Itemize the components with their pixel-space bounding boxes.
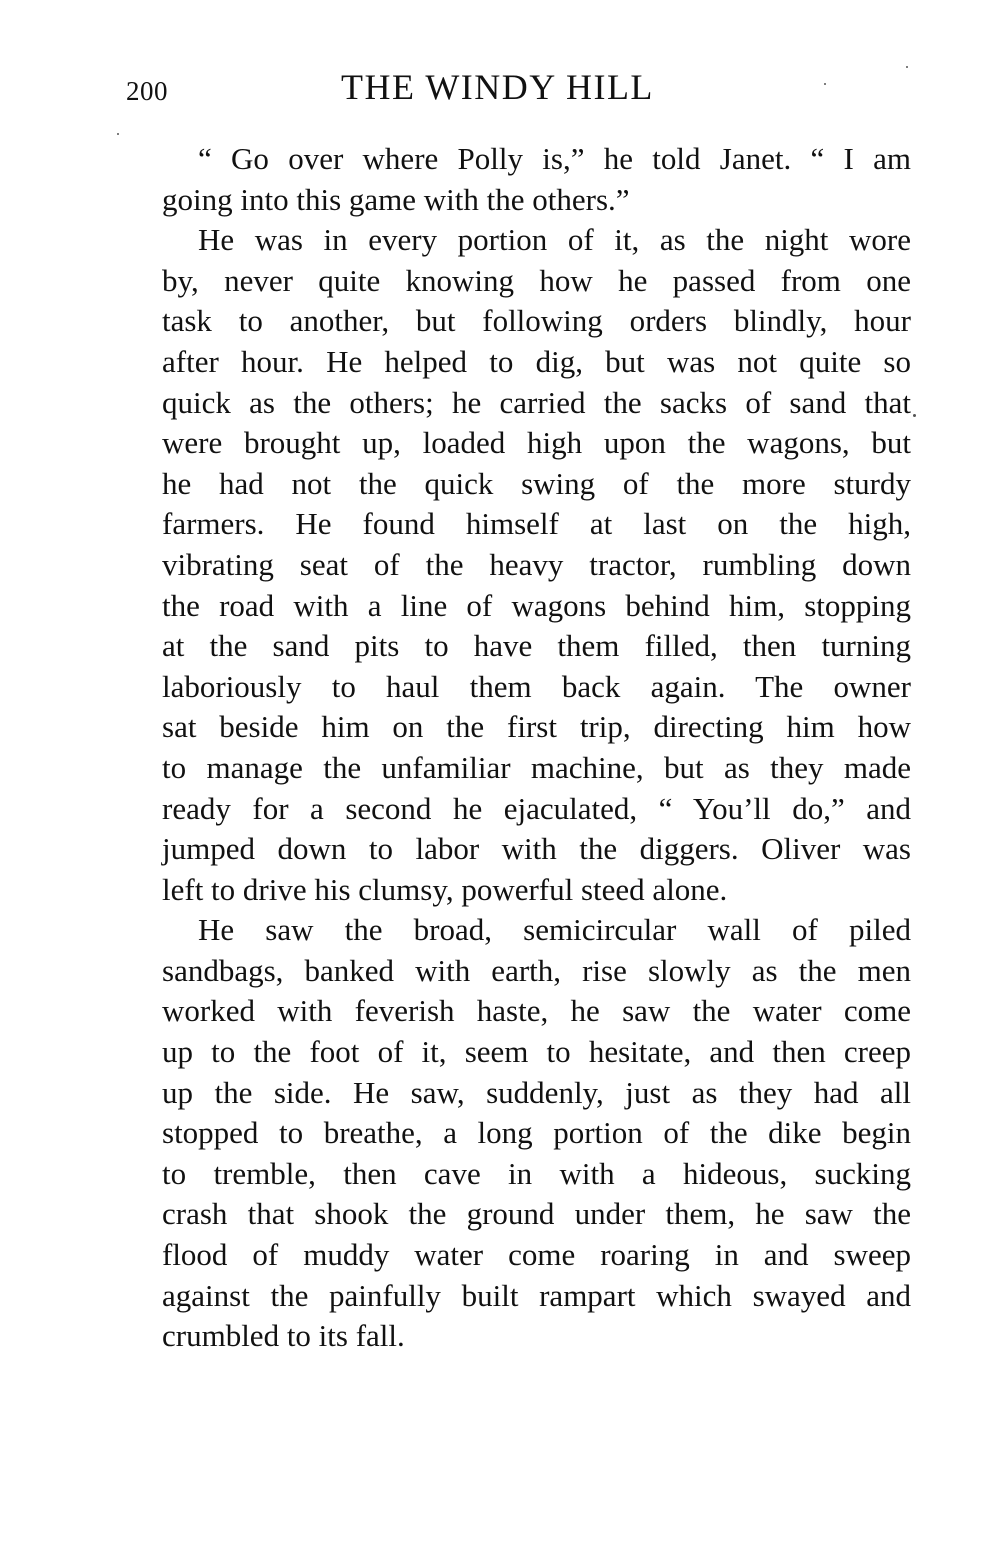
text-line: He was in every portion of it, as the ni… bbox=[126, 220, 911, 261]
text-line: left to drive his clumsy, powerful steed… bbox=[126, 870, 911, 911]
text-line: he had not the quick swing of the more s… bbox=[126, 464, 911, 505]
body-text: “ Go over where Polly is,” he told Janet… bbox=[126, 139, 911, 1357]
scan-speck bbox=[913, 414, 916, 417]
text-line: farmers. He found himself at last on the… bbox=[126, 504, 911, 545]
text-line: flood of muddy water come roaring in and… bbox=[126, 1235, 911, 1276]
paragraph-3: He saw the broad, semicircular wall of p… bbox=[126, 910, 911, 1357]
text-line: up the side. He saw, suddenly, just as t… bbox=[126, 1073, 911, 1114]
text-line: He saw the broad, semicircular wall of p… bbox=[126, 910, 911, 951]
text-line: laboriously to haul them back again. The… bbox=[126, 667, 911, 708]
text-line: by, never quite knowing how he passed fr… bbox=[126, 261, 911, 302]
scan-speck bbox=[906, 66, 908, 68]
running-head: 200 THE WINDY HILL bbox=[126, 62, 911, 106]
text-line: against the painfully built rampart whic… bbox=[126, 1276, 911, 1317]
text-line: vibrating seat of the heavy tractor, rum… bbox=[126, 545, 911, 586]
paragraph-1: “ Go over where Polly is,” he told Janet… bbox=[126, 139, 911, 220]
text-line: after hour. He helped to dig, but was no… bbox=[126, 342, 911, 383]
text-line: sat beside him on the first trip, direct… bbox=[126, 707, 911, 748]
text-line: at the sand pits to have them filled, th… bbox=[126, 626, 911, 667]
scan-speck bbox=[117, 133, 119, 135]
text-line: task to another, but following orders bl… bbox=[126, 301, 911, 342]
text-line: up to the foot of it, seem to hesitate, … bbox=[126, 1032, 911, 1073]
text-line: the road with a line of wagons behind hi… bbox=[126, 586, 911, 627]
text-line: going into this game with the others.” bbox=[126, 180, 911, 221]
paragraph-2: He was in every portion of it, as the ni… bbox=[126, 220, 911, 910]
text-line: crash that shook the ground under them, … bbox=[126, 1194, 911, 1235]
text-line: “ Go over where Polly is,” he told Janet… bbox=[126, 139, 911, 180]
text-line: were brought up, loaded high upon the wa… bbox=[126, 423, 911, 464]
text-line: quick as the others; he carried the sack… bbox=[126, 383, 911, 424]
running-title: THE WINDY HILL bbox=[341, 66, 654, 108]
scan-speck bbox=[824, 83, 826, 85]
text-line: worked with feverish haste, he saw the w… bbox=[126, 991, 911, 1032]
page-number: 200 bbox=[126, 76, 168, 107]
text-line: sandbags, banked with earth, rise slowly… bbox=[126, 951, 911, 992]
text-line: crumbled to its fall. bbox=[126, 1316, 911, 1357]
text-line: to manage the unfamiliar machine, but as… bbox=[126, 748, 911, 789]
text-line: jumped down to labor with the diggers. O… bbox=[126, 829, 911, 870]
text-line: to tremble, then cave in with a hideous,… bbox=[126, 1154, 911, 1195]
text-line: ready for a second he ejaculated, “ You’… bbox=[126, 789, 911, 830]
text-line: stopped to breathe, a long portion of th… bbox=[126, 1113, 911, 1154]
